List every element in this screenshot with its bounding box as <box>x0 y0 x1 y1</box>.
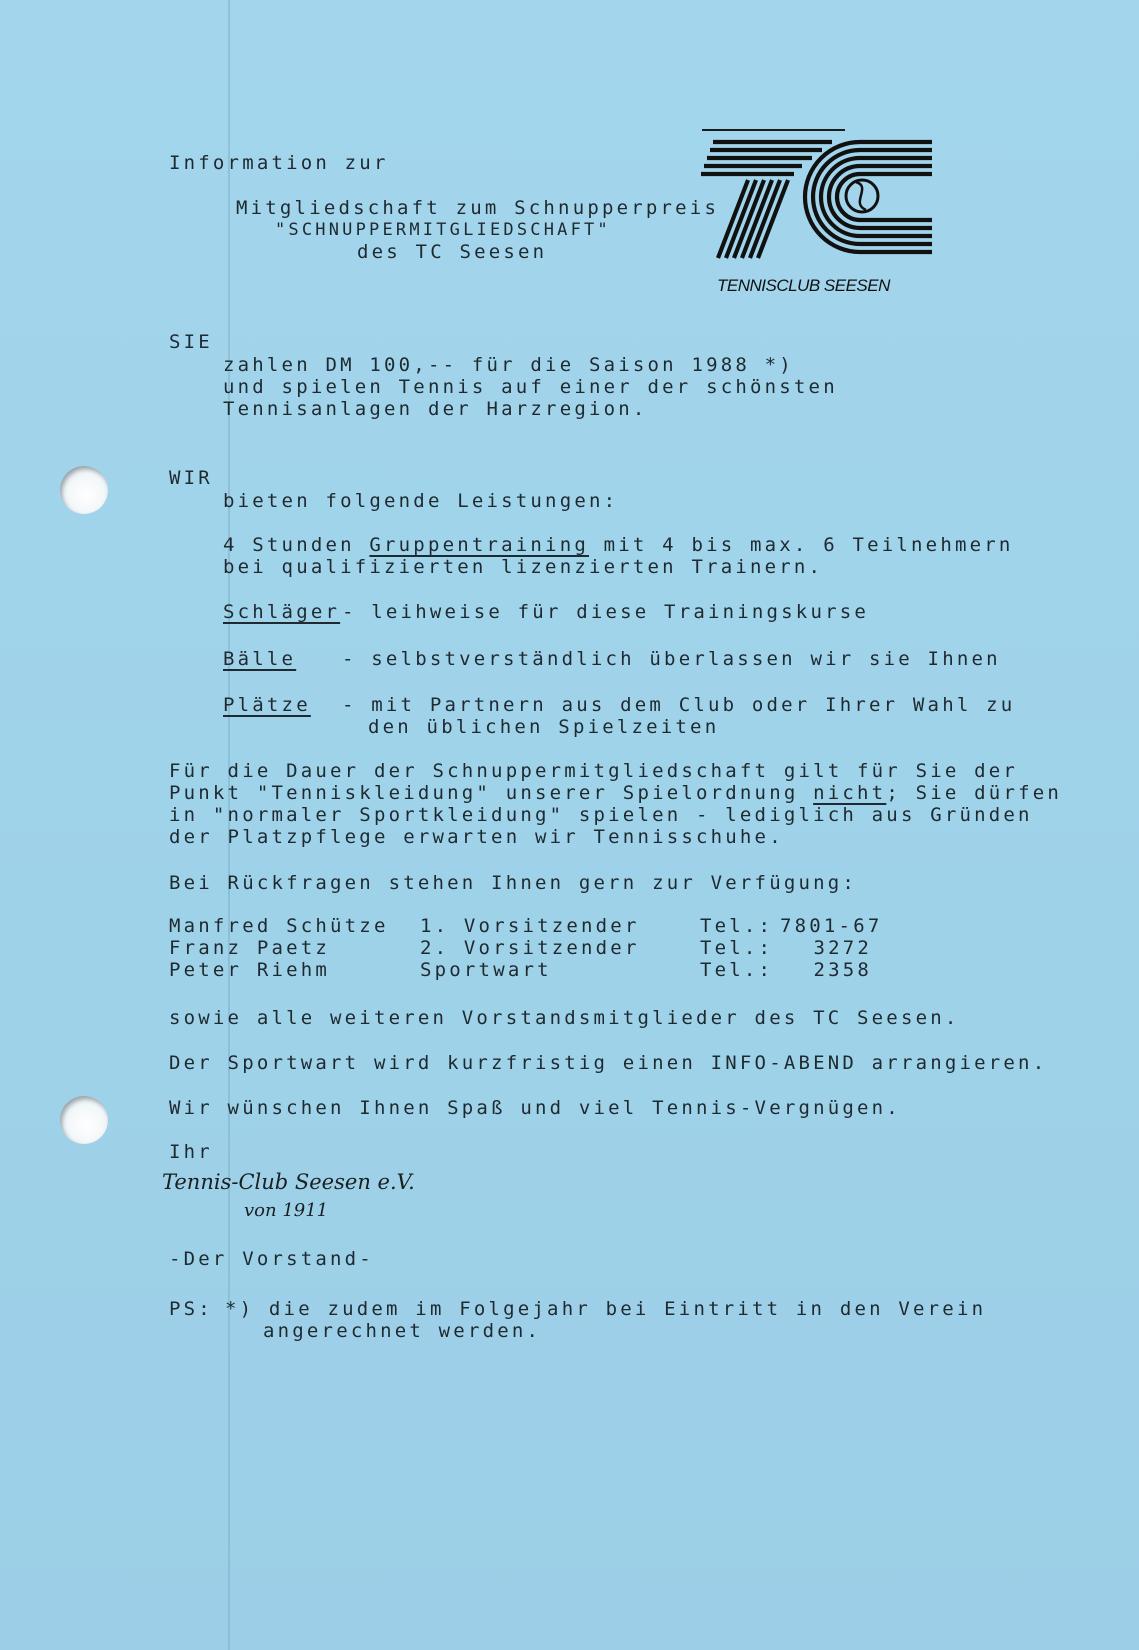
header-subject-line3: des TC Seesen <box>357 241 547 263</box>
club-stamp-line-1: Tennis-Club Seesen e.V. <box>162 1170 415 1194</box>
contact-tel-label: Tel.: <box>700 959 773 981</box>
contacts-intro: Bei Rückfragen stehen Ihnen gern zur Ver… <box>169 872 857 894</box>
training-underlined: Gruppentraining <box>369 534 589 556</box>
contact-name: Franz Paetz <box>169 937 330 959</box>
item-term-schlaeger: Schläger <box>223 601 340 623</box>
dress-line-2: Punkt "Tenniskleidung" unserer Spielordn… <box>169 782 1062 804</box>
punch-hole-bottom <box>60 1096 108 1144</box>
dress-line-2-pre: Punkt "Tenniskleidung" unserer Spielordn… <box>169 782 813 804</box>
sie-line-2: und spielen Tennis auf einer der schönst… <box>223 376 838 398</box>
header-subject-line1: Mitgliedschaft zum Schnupperpreis <box>236 197 719 219</box>
punch-hole-top <box>60 466 108 514</box>
dress-line-2-underlined: nicht <box>813 782 886 804</box>
sie-line-1: zahlen DM 100,-- für die Saison 1988 *) <box>223 354 794 376</box>
wishes: Wir wünschen Ihnen Spaß und viel Tennis-… <box>169 1097 901 1119</box>
item-term-plaetze: Plätze <box>223 694 311 716</box>
letter-page: Information zur Mitgliedschaft zum Schnu… <box>0 0 1139 1650</box>
sie-line-3: Tennisanlagen der Harzregion. <box>223 398 648 420</box>
dress-line-3: in "normaler Sportkleidung" spielen - le… <box>169 804 1033 826</box>
header-intro: Information zur <box>169 152 389 174</box>
club-stamp-line-2: von 1911 <box>244 1200 328 1221</box>
item-desc-plaetze-2: den üblichen Spielzeiten <box>368 716 719 738</box>
ps-line-2: angerechnet werden. <box>263 1320 541 1342</box>
wir-heading: WIR <box>169 467 213 489</box>
training-line-2: bei qualifizierten lizenzierten Trainern… <box>223 556 823 578</box>
wir-intro: bieten folgende Leistungen: <box>223 490 618 512</box>
contact-role: 1. Vorsitzender <box>420 915 640 937</box>
contact-name: Manfred Schütze <box>169 915 389 937</box>
training-pre: 4 Stunden <box>223 534 369 556</box>
contact-tel: 3272 <box>780 937 872 959</box>
contact-tel: 7801-67 <box>780 915 872 937</box>
contacts-outro: sowie alle weiteren Vorstandsmitglieder … <box>169 1007 960 1029</box>
logo-caption: TENNISCLUB SEESEN <box>717 276 890 296</box>
contact-tel-label: Tel.: <box>700 937 773 959</box>
contact-tel: 2358 <box>780 959 872 981</box>
sie-heading: SIE <box>169 331 213 353</box>
tc-logo-icon <box>700 125 940 300</box>
item-term-baelle: Bälle <box>223 648 296 670</box>
item-desc-baelle: - selbstverständlich überlassen wir sie … <box>342 648 1001 670</box>
contact-role: Sportwart <box>420 959 552 981</box>
dress-line-1: Für die Dauer der Schnuppermitgliedschaf… <box>169 760 1018 782</box>
dress-line-4: der Platzpflege erwarten wir Tennisschuh… <box>169 826 784 848</box>
contact-tel-label: Tel.: <box>700 915 773 937</box>
training-post: mit 4 bis max. 6 Teilnehmern <box>589 534 1014 556</box>
info-evening: Der Sportwart wird kurzfristig einen INF… <box>169 1052 1047 1074</box>
ps-line-1: *) die zudem im Folgejahr bei Eintritt i… <box>225 1298 986 1320</box>
header-subject-line2: "SCHNUPPERMITGLIEDSCHAFT" <box>275 219 611 241</box>
item-desc-plaetze: - mit Partnern aus dem Club oder Ihrer W… <box>342 694 1015 716</box>
salutation: Ihr <box>169 1141 213 1163</box>
dress-line-2-post: ; Sie dürfen <box>886 782 1062 804</box>
signoff: -Der Vorstand- <box>169 1248 374 1270</box>
training-line-1: 4 Stunden Gruppentraining mit 4 bis max.… <box>223 534 1014 556</box>
item-desc-schlaeger: - leihweise für diese Trainingskurse <box>342 601 869 623</box>
contact-role: 2. Vorsitzender <box>420 937 640 959</box>
contact-name: Peter Riehm <box>169 959 330 981</box>
ps-label: PS: <box>169 1298 213 1320</box>
